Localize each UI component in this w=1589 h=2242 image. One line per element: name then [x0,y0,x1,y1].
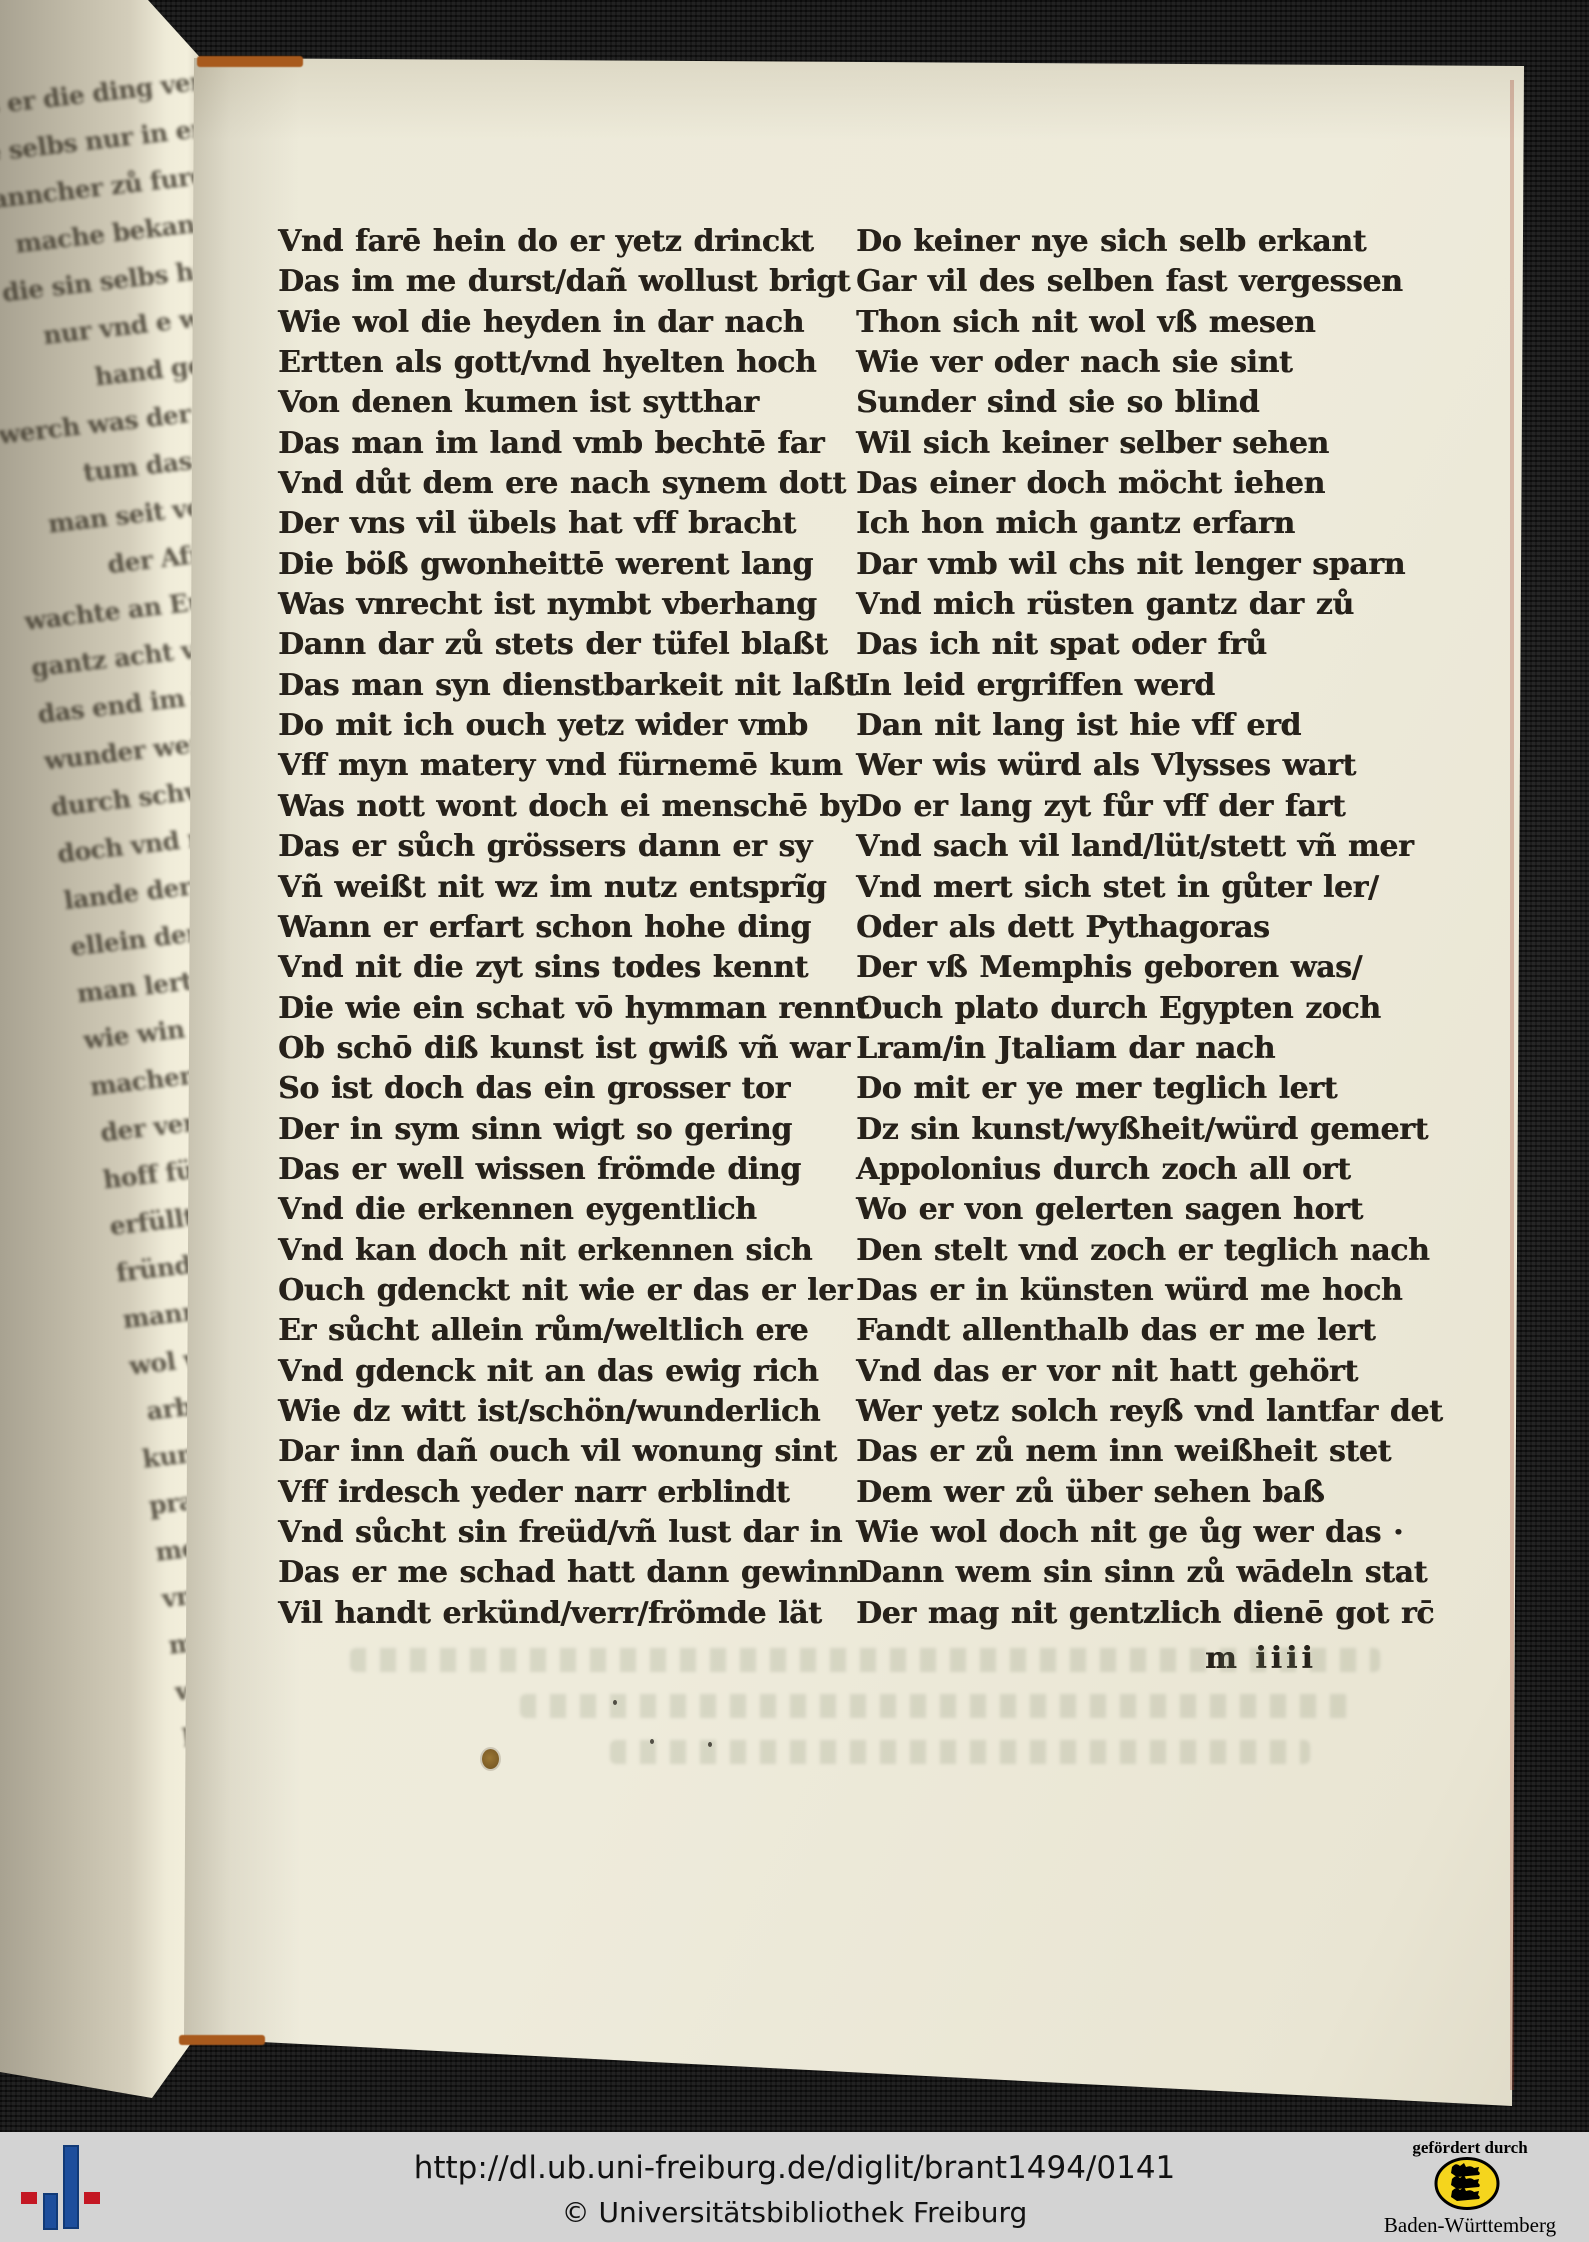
verse-line: Wo er von gelerten sagen hort [856,1190,1416,1230]
ink-speck [650,1739,654,1744]
ink-speck [613,1700,617,1705]
show-through-line [350,1648,1380,1672]
verse-line: Das er me schad hatt dann gewinn [278,1553,830,1593]
verse-line: Wann er erfart schon hohe ding [278,908,830,948]
funder-caption: gefördert durch [1370,2138,1570,2158]
verse-line: So ist doch das ein grosser tor [278,1069,830,1109]
verse-line: Der vß Memphis geboren was/ [856,948,1416,988]
logo-bar [84,2192,100,2204]
verse-line: Vnd důt dem ere nach synem dott [278,464,830,504]
verse-line: Dann dar zů stets der tüfel blaßt [278,625,830,665]
verse-line: Sunder sind sie so blind [856,383,1416,423]
baden-wuerttemberg-logo: gefördert durch Baden-Württemberg [1370,2132,1570,2242]
verse-line: Wie wol doch nit ge ůg wer das · [856,1513,1416,1553]
verse-line: Dz sin kunst/wyßheit/würd gemert [856,1110,1416,1150]
show-through-line [520,1694,1350,1718]
ink-speck [708,1742,712,1747]
verse-line: Wie ver oder nach sie sint [856,343,1416,383]
verse-line: Das man syn dienstbarkeit nit laßt [278,666,830,706]
verse-line: Dar vmb wil chs nit lenger sparn [856,545,1416,585]
logo-bar [43,2193,58,2230]
verse-line: Das er in künsten würd me hoch [856,1271,1416,1311]
verse-line: Do mit ich ouch yetz wider vmb [278,706,830,746]
verse-line: Wil sich keiner selber sehen [856,424,1416,464]
verse-line: Oder als dett Pythagoras [856,908,1416,948]
verse-line: Ich hon mich gantz erfarn [856,504,1416,544]
verse-line: Das im me durst/dañ wollust brigt [278,262,830,302]
verse-line: Der in sym sinn wigt so gering [278,1110,830,1150]
wormhole [482,1749,499,1769]
verse-line: Das ich nit spat oder frů [856,625,1416,665]
verse-line: Vnd sůcht sin freüd/vñ lust dar in [278,1513,830,1553]
verse-line: Wie dz witt ist/schön/wunderlich [278,1392,830,1432]
copyright-text: © Universitätsbibliothek Freiburg [0,2196,1589,2229]
left-text-column: Vnd farē hein do er yetz drincktDas im m… [278,222,830,1634]
verse-line: In leid ergriffen werd [856,666,1416,706]
verse-line: Vnd nit die zyt sins todes kennt [278,948,830,988]
verse-line: Dar inn dañ ouch vil wonung sint [278,1432,830,1472]
verse-line: Ouch plato durch Egypten zoch [856,989,1416,1029]
verse-line: Wie wol die heyden in dar nach [278,303,830,343]
previous-page-text-fragments: das er die ding verstatdie selbs nur in … [0,58,208,1762]
document-url: http://dl.ub.uni-freiburg.de/diglit/bran… [0,2150,1589,2186]
red-edge-stain-top [197,56,303,67]
book-scan-viewer: das er die ding verstatdie selbs nur in … [0,0,1589,2242]
verse-line: Die böß gwonheittē werent lang [278,545,830,585]
verse-line: Gar vil des selben fast vergessen [856,262,1416,302]
verse-line: Vnd sach vil land/lüt/stett vñ mer [856,827,1416,867]
verse-line: Ob schō diß kunst ist gwiß vñ war [278,1029,830,1069]
previous-page-sliver: das er die ding verstatdie selbs nur in … [0,0,208,2110]
verse-line: Von denen kumen ist sytthar [278,383,830,423]
verse-line: Was nott wont doch ei menschē by [278,787,830,827]
verse-line: Do er lang zyt fůr vff der fart [856,787,1416,827]
verse-line: Appolonius durch zoch all ort [856,1150,1416,1190]
logo-bar [63,2145,79,2229]
red-edge-tint [1510,80,1514,2090]
logo-bar [21,2192,37,2204]
verse-line: Was vnrecht ist nymbt vberhang [278,585,830,625]
verse-line: Ouch gdenckt nit wie er das er ler [278,1271,830,1311]
verse-line: Ertten als gott/vnd hyelten hoch [278,343,830,383]
verse-line: Lram/in Jtaliam dar nach [856,1029,1416,1069]
red-edge-stain-bottom [179,2035,265,2045]
verse-line: Der vns vil übels hat vff bracht [278,504,830,544]
verse-line: Dan nit lang ist hie vff erd [856,706,1416,746]
verse-line: Dann wem sin sinn zů wādeln stat [856,1553,1416,1593]
verse-line: Wer wis würd als Vlysses wart [856,746,1416,786]
verse-line: Do keiner nye sich selb erkant [856,222,1416,262]
verse-line: Vnd farē hein do er yetz drinckt [278,222,830,262]
verse-line: Wer yetz solch reyß vnd lantfar det [856,1392,1416,1432]
funder-region: Baden-Württemberg [1370,2213,1570,2238]
verse-line: Vnd die erkennen eygentlich [278,1190,830,1230]
verse-line: Vñ weißt nit wz im nutz entsprĩg [278,868,830,908]
verse-line: Das er well wissen frömde ding [278,1150,830,1190]
verse-line: Vff irdesch yeder narr erblindt [278,1473,830,1513]
verse-line: Vil handt erkünd/verr/frömde lät [278,1594,830,1634]
verse-line: Er sůcht allein rům/weltlich ere [278,1311,830,1351]
verse-line: Das er zů nem inn weißheit stet [856,1432,1416,1472]
verse-line: Das man im land vmb bechtē far [278,424,830,464]
verse-line: Thon sich nit wol vß mesen [856,303,1416,343]
right-text-column: Do keiner nye sich selb erkantGar vil de… [856,222,1416,1634]
verse-line: Das einer doch möcht iehen [856,464,1416,504]
verse-line: Das er sůch grössers dann er sy [278,827,830,867]
verse-line: Do mit er ye mer teglich lert [856,1069,1416,1109]
verse-line: Die wie ein schat vō hymman rennt [278,989,830,1029]
verse-line: Vnd das er vor nit hatt gehört [856,1352,1416,1392]
verse-line: Vnd mich rüsten gantz dar zů [856,585,1416,625]
viewer-footer: http://dl.ub.uni-freiburg.de/diglit/bran… [0,2132,1589,2242]
verse-line: Vnd mert sich stet in gůter ler/ [856,868,1416,908]
verse-line: Fandt allenthalb das er me lert [856,1311,1416,1351]
show-through-line [610,1740,1310,1764]
verse-line: Vnd gdenck nit an das ewig rich [278,1352,830,1392]
verse-line: Den stelt vnd zoch er teglich nach [856,1231,1416,1271]
verse-line: Der mag nit gentzlich dienē got rc̄ [856,1594,1416,1634]
verse-line: Vff myn matery vnd fürnemē kum [278,746,830,786]
three-lions-crest-icon [1434,2157,1500,2210]
verse-line: Dem wer zů über sehen baß [856,1473,1416,1513]
verse-line: Vnd kan doch nit erkennen sich [278,1231,830,1271]
